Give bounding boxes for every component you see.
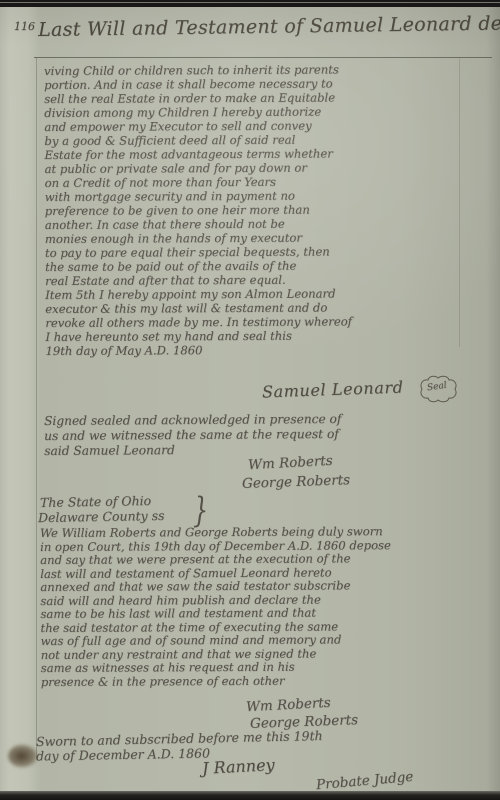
jurat-line: day of December A.D. 1860 <box>36 745 210 763</box>
probate-certification: We William Roberts and George Roberts be… <box>40 525 489 689</box>
ink-stain <box>8 744 38 768</box>
attestation-line: us and we witnessed the same at the requ… <box>44 427 341 444</box>
will-body: viving Child or children such to inherit… <box>44 62 486 358</box>
scan-border-top <box>0 0 500 7</box>
scan-border-top-highlight <box>0 2 500 3</box>
scan-border-bottom <box>0 791 500 800</box>
will-body-line: 19th day of May A.D. 1860 <box>45 342 485 358</box>
ledger-page-scan: 116 Last Will and Testament of Samuel Le… <box>0 0 500 800</box>
judge-signature: J Ranney <box>202 755 275 778</box>
probate-line: presence & in the presence of each other <box>41 673 489 689</box>
ruled-line-vertical-left <box>36 57 37 757</box>
ruled-line-horizontal <box>34 57 492 58</box>
page-number: 116 <box>14 20 35 33</box>
attestation-clause: Signed sealed and acknowledged in presen… <box>44 412 342 458</box>
county-label: Delaware County ss <box>38 508 165 525</box>
seal: Seal <box>417 374 459 404</box>
